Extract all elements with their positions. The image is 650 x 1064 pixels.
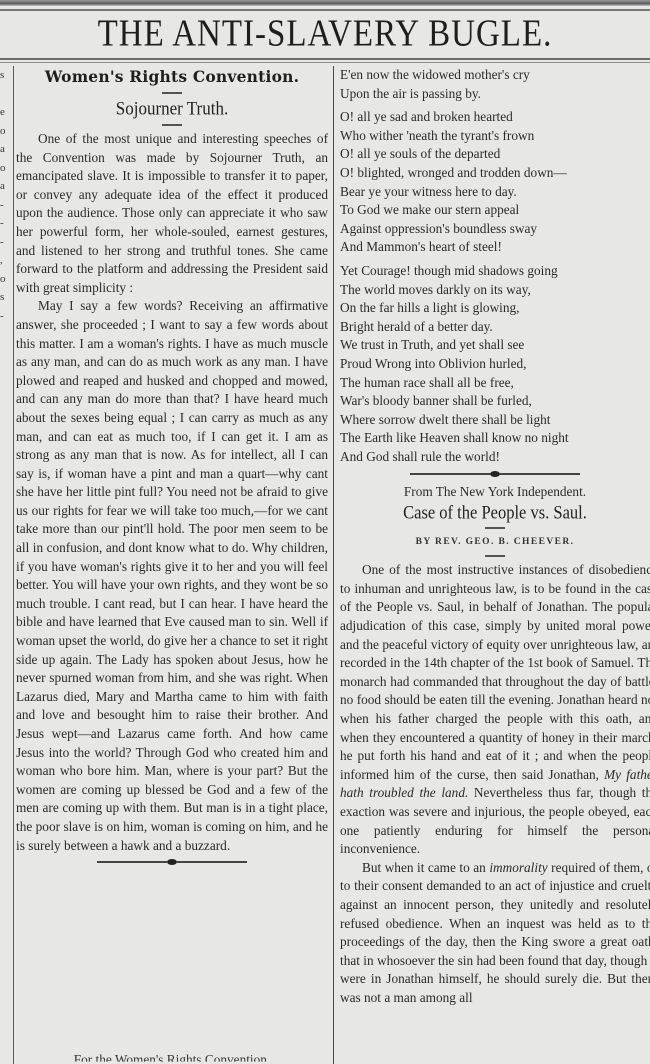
next-article-caption: For the Women's Rights Convention.: [16, 1052, 328, 1064]
short-rule: [485, 555, 505, 557]
section-heading: Women's Rights Convention.: [16, 66, 328, 88]
masthead-rule: [0, 58, 650, 60]
divider-bar: [97, 861, 167, 863]
gutter-fragment: -: [0, 214, 12, 233]
article-paragraph: One of the most instructive instances of…: [340, 561, 650, 859]
divider-dot: [167, 859, 177, 865]
column-rule-left: [13, 66, 14, 1064]
gutter-fragment: [0, 85, 12, 104]
poem-line: O! blighted, wronged and trodden down—: [340, 164, 650, 183]
gutter-fragment: s: [0, 288, 12, 307]
poem-line: The human race shall all be free,: [340, 374, 650, 393]
gutter-fragment: o: [0, 270, 12, 289]
gutter-fragment: s: [0, 66, 12, 85]
divider-bar: [177, 861, 247, 863]
gutter-fragment: -: [0, 196, 12, 215]
article-heading-saul: Case of the People vs. Saul.: [340, 503, 650, 524]
gutter-fragment: a: [0, 140, 12, 159]
paragraph-text: One of the most instructive instances of…: [340, 562, 650, 782]
paragraph-text: required of them, or to their consent de…: [340, 860, 650, 1005]
short-rule: [162, 92, 182, 94]
poem-line: Upon the air is passing by.: [340, 85, 650, 104]
ornamental-divider: [340, 471, 650, 477]
poem-line: E'en now the widowed mother's cry: [340, 66, 650, 85]
poem: E'en now the widowed mother's cry Upon t…: [340, 66, 650, 466]
column-rule-middle: [333, 66, 334, 1064]
masthead-rule-thin: [0, 62, 650, 63]
poem-line: And God shall rule the world!: [340, 448, 650, 467]
paragraph-text: But when it came to an: [362, 860, 486, 875]
poem-line: Bright herald of a better day.: [340, 318, 650, 337]
poem-line: O! all ye souls of the departed: [340, 145, 650, 164]
poem-line: The world moves darkly on its way,: [340, 281, 650, 300]
poem-line: On the far hills a light is glowing,: [340, 299, 650, 318]
poem-line: Yet Courage! though mid shadows going: [340, 262, 650, 281]
poem-stanza: O! all ye sad and broken hearted Who wit…: [340, 108, 650, 257]
gutter-fragment: -: [0, 233, 12, 252]
italic-word: immorality: [489, 860, 547, 875]
divider-bar: [500, 473, 580, 475]
saul-article-body: One of the most instructive instances of…: [340, 561, 650, 1007]
gutter-fragment: a: [0, 177, 12, 196]
poem-stanza: E'en now the widowed mother's cry Upon t…: [340, 66, 650, 103]
poem-line: Bear ye your witness here to day.: [340, 183, 650, 202]
gutter-fragment: o: [0, 122, 12, 141]
speech-paragraph: May I say a few words? Receiving an affi…: [16, 297, 328, 855]
divider-bar: [410, 473, 490, 475]
poem-stanza: Yet Courage! though mid shadows going Th…: [340, 262, 650, 467]
source-line: From The New York Independent.: [340, 483, 650, 502]
newspaper-page: THE ANTI-SLAVERY BUGLE. s e o a o a - - …: [0, 0, 650, 1064]
masthead-title: THE ANTI-SLAVERY BUGLE.: [0, 9, 650, 60]
gutter-fragment: e: [0, 103, 12, 122]
divider-dot: [490, 471, 500, 477]
article-heading: Sojourner Truth.: [16, 97, 328, 121]
left-column: Women's Rights Convention. Sojourner Tru…: [16, 66, 328, 869]
poem-line: Where sorrow dwelt there shall be light: [340, 411, 650, 430]
left-gutter-fragments: s e o a o a - - - , o s -: [0, 66, 12, 1064]
poem-line: Against oppression's boundless sway: [340, 220, 650, 239]
top-border-rule: [0, 0, 650, 6]
article-paragraph: But when it came to an immorality requir…: [340, 859, 650, 1008]
article-paragraph: One of the most unique and interesting s…: [16, 130, 328, 297]
gutter-fragment: ,: [0, 251, 12, 270]
byline: BY REV. GEO. B. CHEEVER.: [340, 533, 650, 552]
ornamental-divider: [16, 859, 328, 865]
short-rule: [485, 527, 505, 529]
poem-line: War's bloody banner shall be furled,: [340, 392, 650, 411]
poem-line: O! all ye sad and broken hearted: [340, 108, 650, 127]
poem-line: Who wither 'neath the tyrant's frown: [340, 127, 650, 146]
poem-line: Proud Wrong into Oblivion hurled,: [340, 355, 650, 374]
poem-line: We trust in Truth, and yet shall see: [340, 336, 650, 355]
poem-line: To God we make our stern appeal: [340, 201, 650, 220]
short-rule: [162, 124, 182, 126]
poem-line: The Earth like Heaven shall know no nigh…: [340, 429, 650, 448]
poem-line: And Mammon's heart of steel!: [340, 238, 650, 257]
gutter-fragment: o: [0, 159, 12, 178]
right-column: E'en now the widowed mother's cry Upon t…: [340, 66, 650, 1008]
gutter-fragment: -: [0, 307, 12, 326]
